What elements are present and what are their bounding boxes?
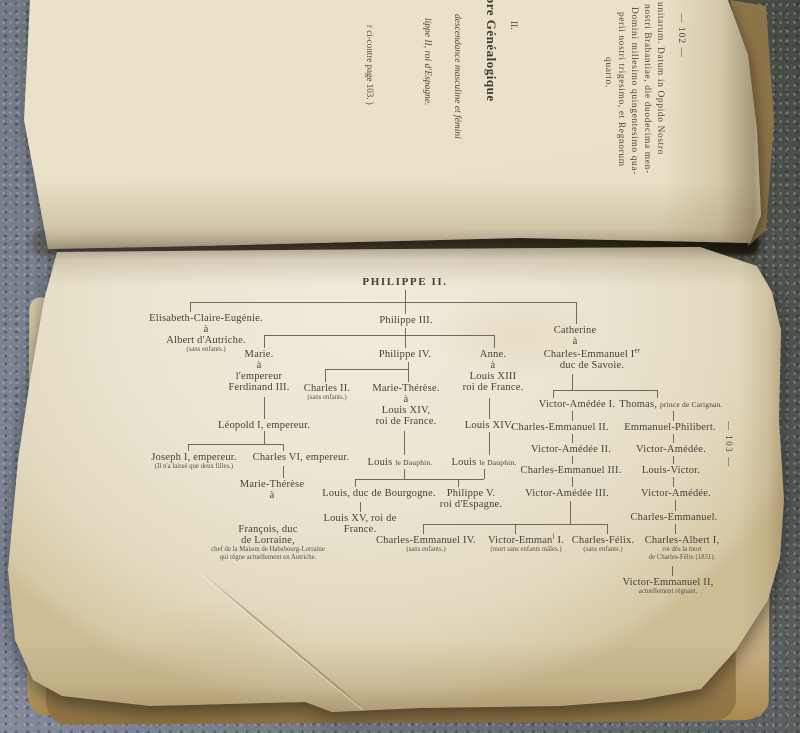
tree-node-francois-lorraine: François, ducde Lorraine,chef de la Mais…	[211, 524, 325, 562]
tree-node-charles-emmanuel-iii: Charles-Emmanuel III.	[521, 465, 622, 476]
tree-connector	[264, 431, 265, 444]
tree-connector	[484, 469, 485, 479]
tree-node-louis-bourgogne: Louis, duc de Bourgogne.	[322, 488, 435, 499]
tree-connector	[283, 444, 284, 451]
tree-node-louis-victor: Louis-Victor.	[642, 465, 700, 476]
tree-connector	[190, 302, 576, 303]
tree-node-joseph-i: Joseph I, empereur.(Il n'a laissé que de…	[151, 452, 236, 471]
tree-connector	[572, 477, 573, 487]
tree-node-catherine: Catherineà	[554, 325, 597, 347]
tree-connector	[607, 524, 608, 534]
tree-connector	[672, 566, 673, 576]
tree-connector	[673, 411, 674, 421]
tree-connector	[190, 302, 191, 312]
tree-connector	[423, 524, 424, 534]
tree-connector	[404, 431, 405, 455]
tree-node-leopold-i: Léopold I, empereur.	[218, 420, 310, 431]
tree-connector	[408, 369, 409, 382]
tree-connector	[675, 500, 676, 511]
tree-node-victor-amedee-carignan: Victor-Amédée.	[636, 444, 706, 455]
tree-connector	[404, 469, 405, 479]
tree-node-victor-amedee-iii: Victor-Amédée III.	[525, 488, 609, 499]
tree-node-charles-ii: Charles II.(sans enfants.)	[304, 383, 351, 402]
tree-node-charles-emmanuel-ii: Charles-Emmanuel II.	[511, 422, 608, 433]
tree-node-victor-emmanuel-ii: Victor-Emmanuel II,actuellement régnant.	[622, 577, 713, 596]
tree-node-elisabeth-claire-eugenie: Elisabeth-Claire-Eugénie.àAlbert d'Autri…	[149, 313, 263, 354]
tree-node-philippe-iii: Philippe III.	[379, 315, 432, 326]
tree-connector	[264, 397, 265, 419]
tree-node-victor-amedee-ii: Victor-Amédée II.	[531, 444, 611, 455]
tree-connector	[405, 328, 406, 335]
tree-node-louis-dauphin-a: Louis le Dauphin.	[368, 457, 433, 468]
tree-node-marie-therese-imperatrice: Marie-Thérèseà	[240, 479, 304, 501]
page-edge-shading	[740, 250, 786, 670]
tree-connector	[188, 444, 283, 445]
tree-node-charles-emmanuel-carignan: Charles-Emmanuel.	[630, 512, 717, 523]
tree-node-victor-amedee-carignan-2: Victor-Amédée.	[641, 488, 711, 499]
tree-connector	[572, 374, 573, 390]
page-edge-shading	[0, 640, 800, 715]
tree-node-charles-vi: Charles VI, empereur.	[253, 452, 350, 463]
tree-connector	[489, 432, 490, 455]
tree-connector	[675, 524, 676, 534]
tree-connector	[458, 479, 459, 487]
tree-node-charles-emmanuel-ier: Charles-Emmanuel Ierduc de Savoie.	[544, 349, 641, 371]
recto-page-wrap: PHILIPPE II.Elisabeth-Claire-Eugénie.àAl…	[0, 0, 800, 733]
tree-connector	[570, 501, 571, 524]
tree-node-charles-felix: Charles-Félix.(sans enfants.)	[572, 535, 635, 554]
book-photo: — 102 —unitarum. Datum in Oppido Nostron…	[0, 0, 800, 733]
tree-connector	[405, 302, 406, 314]
tree-connector	[576, 302, 577, 324]
tree-connector	[494, 335, 495, 348]
recto-page-number: — 103 —	[722, 421, 735, 473]
tree-node-louis-xiv: Louis XIV.	[465, 420, 513, 431]
foxing-stain	[120, 600, 320, 680]
tree-connector	[657, 390, 658, 398]
tree-connector	[673, 477, 674, 487]
tree-node-louis-dauphin-b: Louis le Dauphin.	[452, 457, 517, 468]
tree-node-philippe-iv: Philippe IV.	[379, 349, 431, 360]
tree-connector	[355, 479, 484, 480]
tree-node-victor-amedee-i: Victor-Amédée I.	[539, 399, 615, 410]
tree-node-thomas: Thomas, prince de Carignan.	[619, 399, 722, 410]
tree-connector	[408, 362, 409, 369]
tree-connector	[553, 390, 657, 391]
tree-connector	[515, 524, 516, 534]
tree-connector	[325, 369, 408, 370]
tree-node-marie-therese: Marie-Thérèse.àLouis XIV,roi de France.	[372, 383, 439, 427]
tree-connector	[355, 479, 356, 487]
tree-connector	[673, 434, 674, 443]
tree-node-philippe-v: Philippe V.roi d'Espagne.	[440, 488, 502, 510]
tree-node-louis-xv: Louis XV, roi deFrance.	[323, 513, 396, 535]
tree-connector	[360, 502, 361, 512]
tree-connector	[489, 398, 490, 419]
tree-node-anne: Anne.àLouis XIIIroi de France.	[463, 349, 524, 393]
tree-connector	[325, 369, 326, 382]
tree-node-victor-emmanuel-i: Victor-Emmanl I.(mort sans enfants mâles…	[488, 535, 564, 554]
tree-connector	[673, 456, 674, 464]
tree-connector	[405, 335, 406, 348]
tree-connector	[572, 456, 573, 464]
tree-connector	[572, 434, 573, 443]
tree-connector	[405, 290, 406, 302]
tree-node-marie: Marie.àl'empereurFerdinand III.	[228, 349, 289, 393]
tree-node-philippe-ii: PHILIPPE II.	[362, 276, 447, 288]
tree-node-charles-emmanuel-iv: Charles-Emmanuel IV.(sans enfants.)	[376, 535, 476, 554]
tree-connector	[264, 335, 494, 336]
recto-page-103: PHILIPPE II.Elisabeth-Claire-Eugénie.àAl…	[0, 0, 800, 733]
tree-connector	[283, 466, 284, 478]
tree-connector	[553, 390, 554, 398]
tree-node-charles-albert-i: Charles-Albert I,roi dès la mortde Charl…	[645, 535, 720, 562]
tree-connector	[188, 444, 189, 451]
tree-node-emmanuel-philibert: Emmanuel-Philibert.	[624, 422, 716, 433]
tree-connector	[572, 411, 573, 421]
tree-connector	[264, 335, 265, 348]
